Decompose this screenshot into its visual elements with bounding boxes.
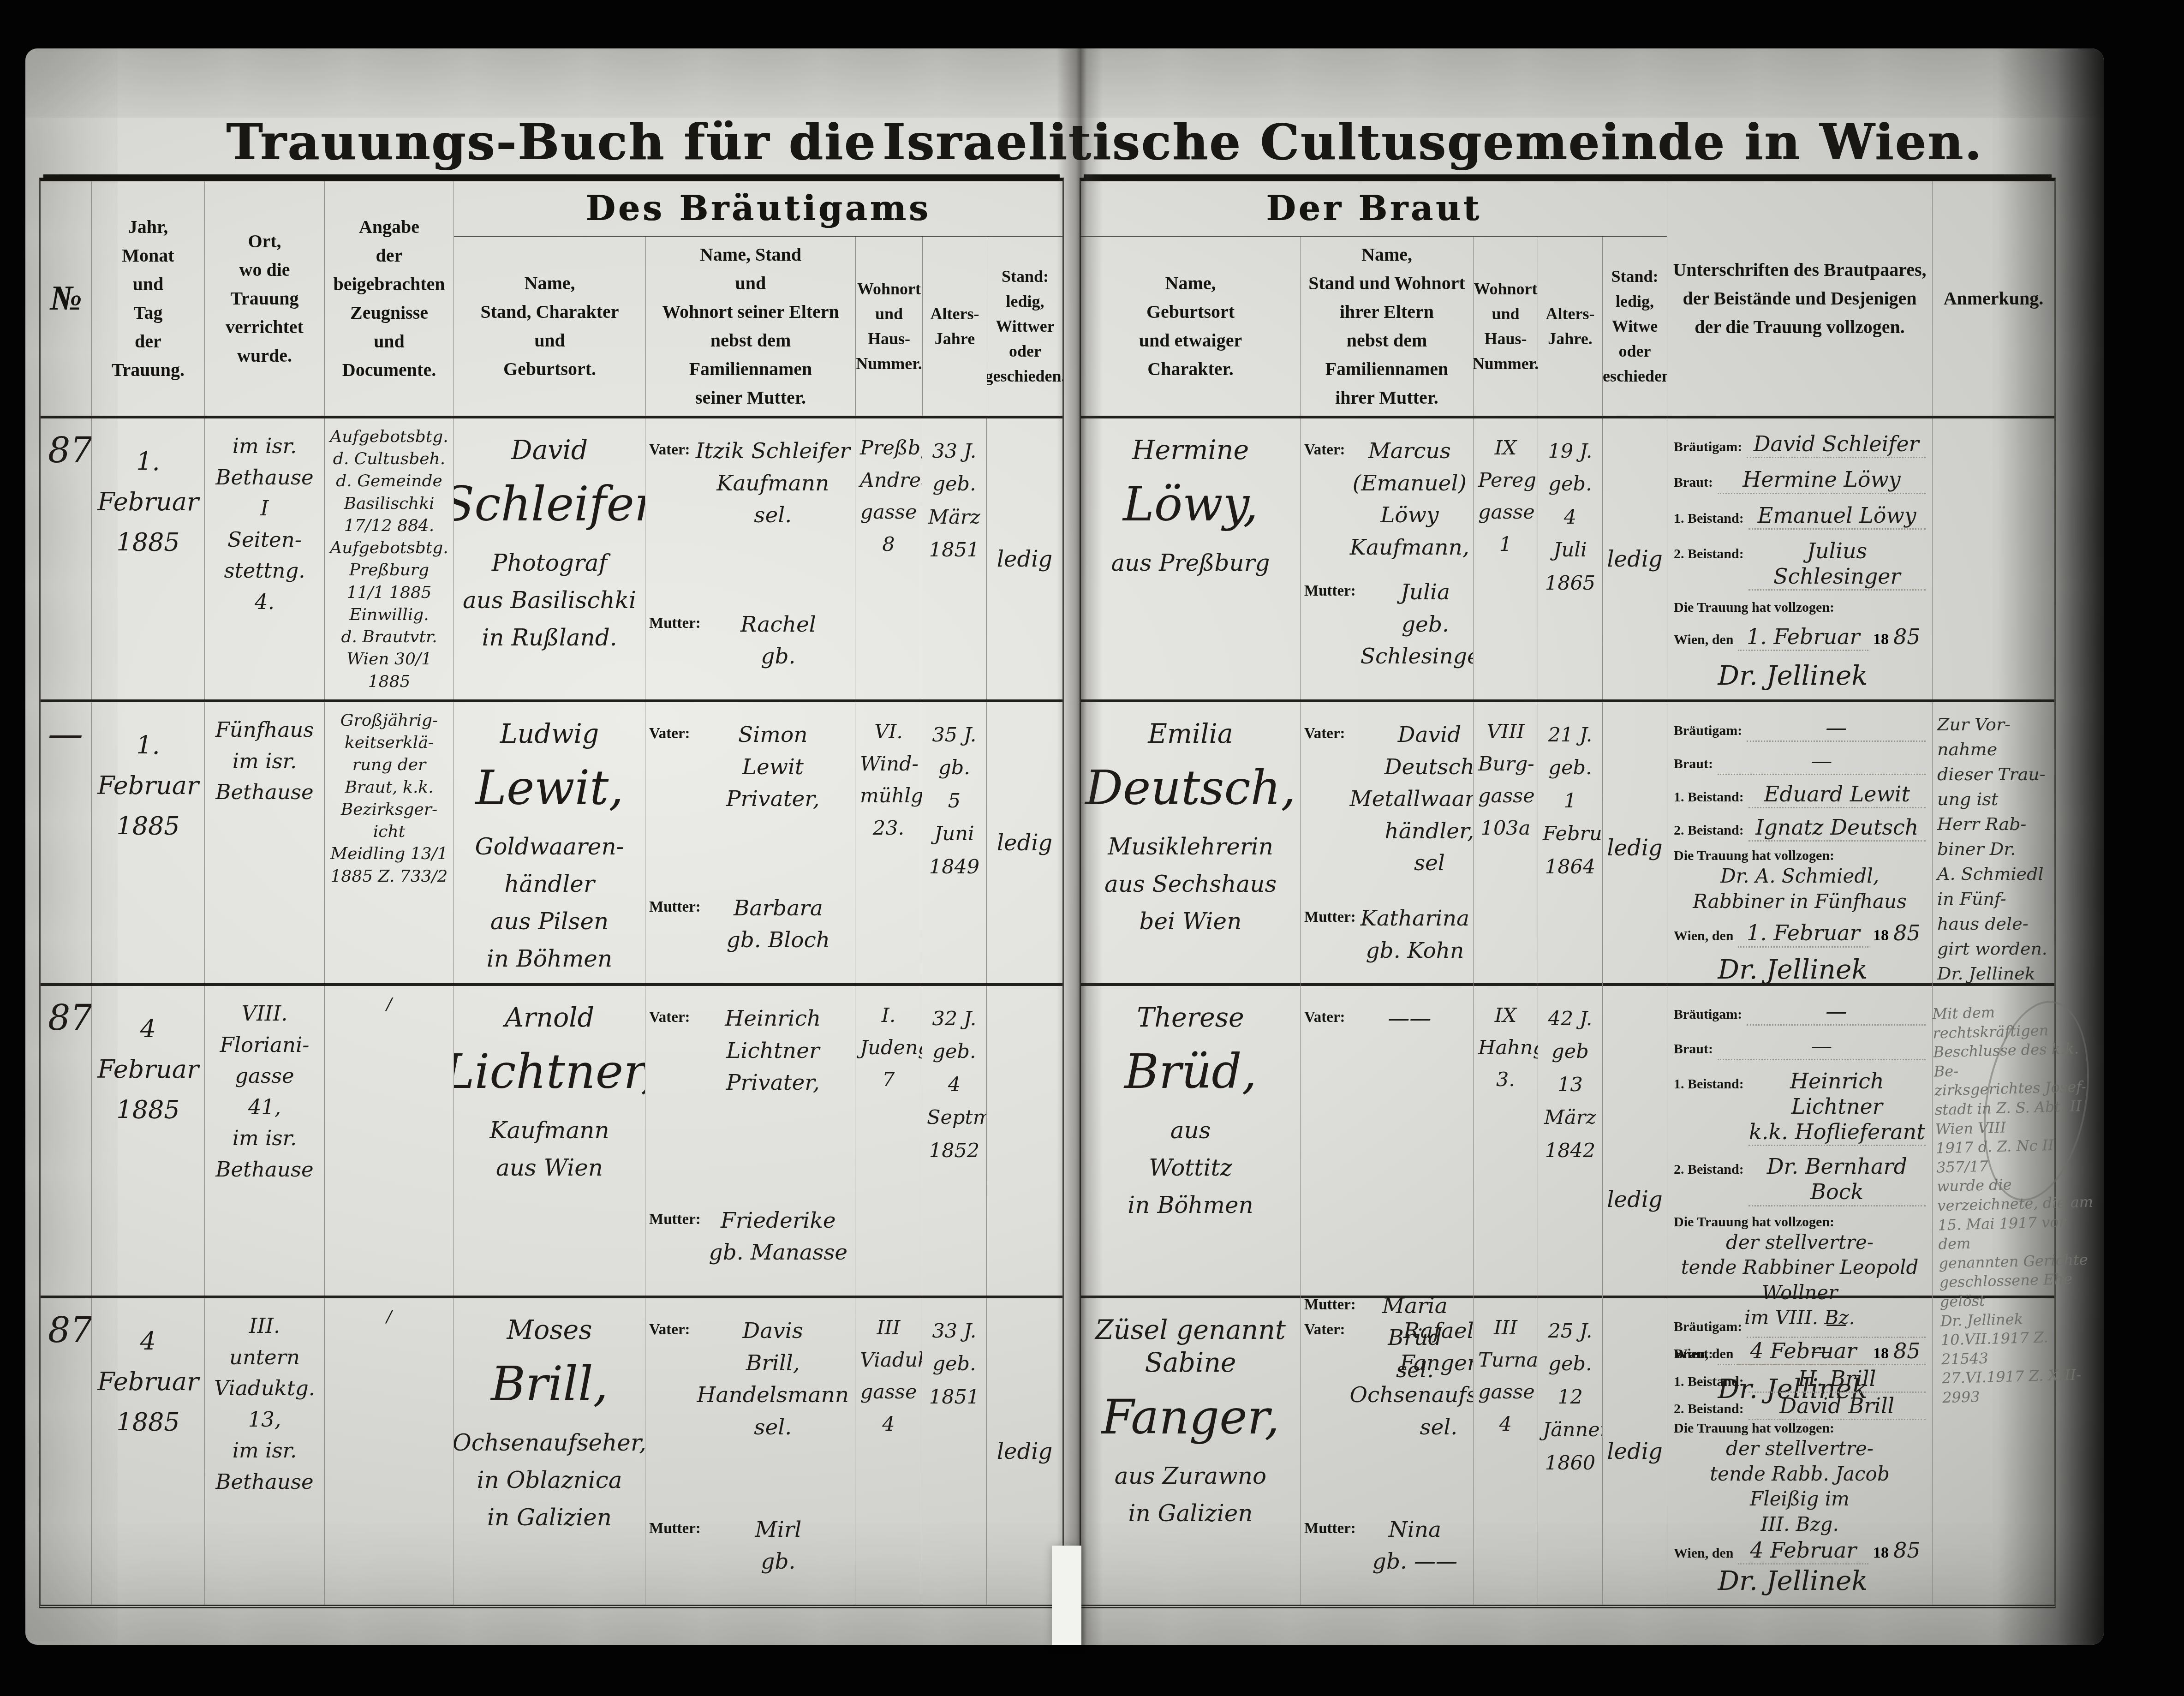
remark-cell: Zur Vor- nahme dieser Trau- ung ist Herr… bbox=[1932, 702, 2054, 993]
entry-number-cell: — bbox=[41, 702, 91, 983]
bride-first-name: Therese bbox=[1137, 993, 1244, 1034]
witness2-signature: Julius Schlesinger bbox=[1748, 538, 1926, 591]
signature-year: 85 bbox=[1893, 1538, 1926, 1563]
groom-father: Simon Lewit Privater, bbox=[695, 719, 851, 815]
groom-status-cell: ledig bbox=[986, 418, 1062, 699]
bride-residence-cell: IX Peregrin- gasse 1 bbox=[1473, 418, 1538, 699]
marriage-place: Fünfhaus im isr. Bethause bbox=[209, 710, 320, 808]
marriage-place: III. untern Viaduktg. 13, im isr. Bethau… bbox=[209, 1306, 320, 1497]
groom-residence: I. Judeng. 7 bbox=[860, 993, 917, 1096]
groom-name-cell: Moses Brill, Ochsenaufseher, in Oblaznic… bbox=[454, 1298, 645, 1605]
witness2-line: 2. Beistand: Ignatz Deutsch bbox=[1674, 815, 1926, 842]
rabbi-signature-line: Dr. Jellinek bbox=[1674, 954, 1926, 985]
bride-mother: Julia geb. Schlesinger bbox=[1361, 576, 1473, 673]
bride-rows: Hermine Löwy, aus Preßburg Vater: Marcus… bbox=[1081, 416, 2054, 1605]
column-header-groom-name: Name, Stand, Charakter und Geburtsort. bbox=[454, 237, 645, 416]
marriage-date-cell: 4 Februar 1885 bbox=[91, 986, 204, 1296]
groom-age-cell: 33 J. geb. März 1851 bbox=[922, 418, 986, 699]
father-label: Vater: bbox=[649, 435, 690, 459]
column-header-remark: Anmerkung. bbox=[1932, 181, 2054, 416]
bride-status: ledig bbox=[1607, 546, 1663, 572]
groom-father: Davis Brill, Handelsmann sel. bbox=[695, 1315, 851, 1443]
groom-age: 35 J. gb. 5 Juni 1849 bbox=[927, 710, 982, 884]
marriage-place-cell: VIII. Floriani- gasse 41, im isr. Bethau… bbox=[204, 986, 324, 1296]
bride-status: ledig bbox=[1607, 1439, 1663, 1464]
bride-parents-cell: Vater: David Deutsch Metallwaaren- händl… bbox=[1300, 702, 1473, 993]
groom-residence: Preßbg. Andrea- gasse 8 bbox=[860, 426, 917, 561]
bride-table: Der Braut Name, Geburtsort und etwaiger … bbox=[1080, 178, 2056, 1608]
groom-mother-block: Mutter: Rachel gb. bbox=[649, 609, 851, 673]
groom-residence: VI. Wind- mühlg. 23. bbox=[860, 710, 917, 845]
entry-number: 877 bbox=[45, 993, 87, 1038]
officiant-label: Die Trauung hat vollzogen: bbox=[1674, 848, 1834, 863]
marriage-place-cell: III. untern Viaduktg. 13, im isr. Bethau… bbox=[204, 1298, 324, 1605]
groom-mother-block: Mutter: Barbara gb. Bloch bbox=[649, 892, 851, 956]
mother-label: Mutter: bbox=[1304, 1514, 1356, 1537]
page-title-left: Trauungs-Buch für die bbox=[226, 113, 877, 171]
bride-signature-label: Braut: bbox=[1674, 756, 1713, 772]
bride-mother-block: Mutter: Julia geb. Schlesinger bbox=[1304, 576, 1469, 673]
table-header-right: Der Braut Name, Geburtsort und etwaiger … bbox=[1081, 181, 2054, 416]
table-row: Therese Brüd, aus Wottitz in Böhmen Vate… bbox=[1081, 983, 2054, 1296]
groom-parents-cell: Vater: Simon Lewit Privater, Mutter: Bar… bbox=[645, 702, 855, 983]
bride-last-name: Brüd, bbox=[1124, 1046, 1257, 1098]
groom-father: Itzik Schleifer Kaufmann sel. bbox=[695, 435, 851, 531]
column-header-groom-age: Alters- Jahre bbox=[922, 237, 987, 416]
documents-cell: / bbox=[324, 1298, 454, 1605]
groom-father-block: Vater: Itzik Schleifer Kaufmann sel. bbox=[649, 435, 851, 531]
book-photo: Trauungs-Buch für die Israelitische Cult… bbox=[0, 0, 2184, 1696]
bride-residence-cell: III Turna- gasse 4 bbox=[1473, 1298, 1538, 1605]
mother-label: Mutter: bbox=[1304, 902, 1356, 926]
bride-signature-label: Braut: bbox=[1674, 1346, 1713, 1362]
officiant-block: Die Trauung hat vollzogen: der stellvert… bbox=[1674, 1421, 1926, 1537]
witness2-label: 2. Beistand: bbox=[1674, 1162, 1744, 1177]
groom-first-name: David bbox=[511, 426, 588, 467]
bride-name-cell: Züsel genannt Sabine Fanger, aus Zurawno… bbox=[1081, 1298, 1300, 1605]
remark-note: Zur Vor- nahme dieser Trau- ung ist Herr… bbox=[1937, 710, 2050, 986]
mother-label: Mutter: bbox=[649, 609, 701, 632]
groom-signature: — bbox=[1747, 999, 1926, 1026]
groom-parents-cell: Vater: Davis Brill, Handelsmann sel. Mut… bbox=[645, 1298, 855, 1605]
father-label: Vater: bbox=[649, 1003, 690, 1026]
marriage-date: 1. Februar 1885 bbox=[96, 710, 200, 846]
groom-signature: David Schleifer bbox=[1747, 431, 1926, 458]
bride-age: 42 J. geb 13 März 1842 bbox=[1543, 993, 1598, 1167]
bride-description: Musiklehrerin aus Sechshaus bei Wien bbox=[1104, 828, 1277, 940]
bride-status: ledig bbox=[1607, 1187, 1663, 1212]
bride-residence: IX Peregrin- gasse 1 bbox=[1478, 426, 1533, 561]
marriage-place: im isr. Bethause I Seiten- stettng. 4. bbox=[209, 426, 320, 617]
groom-father-block: Vater: Davis Brill, Handelsmann sel. bbox=[649, 1315, 851, 1443]
marriage-date: 4 Februar 1885 bbox=[96, 993, 200, 1130]
column-header-groom-status: Stand: ledig, Wittwer oder geschieden. bbox=[987, 237, 1063, 416]
table-row: Hermine Löwy, aus Preßburg Vater: Marcus… bbox=[1081, 416, 2054, 699]
bride-last-name: Deutsch, bbox=[1085, 763, 1295, 814]
groom-name-cell: Ludwig Lewit, Goldwaaren- händler aus Pi… bbox=[454, 702, 645, 983]
bride-age-cell: 25 J. geb. 12 Jänner 1860 bbox=[1538, 1298, 1602, 1605]
marriage-place-cell: im isr. Bethause I Seiten- stettng. 4. bbox=[204, 418, 324, 699]
table-row: Emilia Deutsch, Musiklehrerin aus Sechsh… bbox=[1081, 699, 2054, 983]
entry-number-cell: 877 bbox=[41, 986, 91, 1296]
witness1-line: 1. Beistand: Emanuel Löwy bbox=[1674, 503, 1926, 530]
groom-age-cell: 32 J. geb. 4 Septmb. 1852 bbox=[922, 986, 986, 1296]
column-header-signatures: Unterschriften des Brautpaares, der Beis… bbox=[1667, 181, 1932, 416]
year-prefix: 18 bbox=[1873, 631, 1889, 648]
remark-note bbox=[1937, 426, 2050, 435]
bride-status-cell: ledig bbox=[1602, 1298, 1667, 1605]
bride-signature: — bbox=[1718, 1338, 1926, 1365]
table-row: 878 4 Februar 1885 III. untern Viaduktg.… bbox=[41, 1296, 1062, 1605]
bride-signature-line: Braut: Hermine Löwy bbox=[1674, 467, 1926, 494]
groom-status-cell bbox=[986, 986, 1062, 1296]
witness1-signature: H. Brill bbox=[1748, 1366, 1926, 1393]
column-header-bride-residence: Wohnort und Haus- Nummer. bbox=[1473, 237, 1538, 416]
bride-father: David Deutsch Metallwaaren- händler, sel bbox=[1350, 719, 1473, 879]
entry-number: 876 bbox=[45, 426, 87, 471]
witness1-line: 1. Beistand: H. Brill bbox=[1674, 1366, 1926, 1393]
column-header-documents: Angabe der beigebrachten Zeugnisse und D… bbox=[324, 181, 454, 416]
wien-den-label: Wien, den bbox=[1674, 632, 1733, 648]
father-label: Vater: bbox=[1304, 1003, 1345, 1026]
year-prefix: 18 bbox=[1873, 1544, 1889, 1562]
witness2-line: 2. Beistand: Julius Schlesinger bbox=[1674, 538, 1926, 591]
groom-signature-line: Bräutigam: David Schleifer bbox=[1674, 431, 1926, 458]
witness2-signature: Ignatz Deutsch bbox=[1748, 815, 1926, 842]
groom-father-block: Vater: Heinrich Lichtner Privater, bbox=[649, 1003, 851, 1099]
table-row: — 1. Februar 1885 Fünfhaus im isr. Betha… bbox=[41, 699, 1062, 983]
groom-last-name: Lichtner, bbox=[454, 1046, 645, 1098]
father-label: Vater: bbox=[649, 719, 690, 742]
father-label: Vater: bbox=[1304, 1315, 1345, 1338]
mother-label: Mutter: bbox=[649, 1205, 701, 1228]
rabbi-signature: Dr. Jellinek bbox=[1718, 1565, 1868, 1596]
father-label: Vater: bbox=[1304, 435, 1345, 459]
bride-father-block: Vater: —— bbox=[1304, 1003, 1469, 1035]
witness1-label: 1. Beistand: bbox=[1674, 1076, 1744, 1092]
groom-signature-line: Bräutigam: — bbox=[1674, 999, 1926, 1026]
bride-last-name: Fanger, bbox=[1102, 1392, 1280, 1444]
bride-mother: Katharina gb. Kohn bbox=[1361, 902, 1469, 967]
year-prefix: 18 bbox=[1873, 927, 1889, 944]
groom-signature-line: Bräutigam: — bbox=[1674, 715, 1926, 742]
bride-signature-line: Braut: — bbox=[1674, 1338, 1926, 1365]
witness2-label: 2. Beistand: bbox=[1674, 823, 1744, 838]
witness1-signature: Heinrich Lichtner k.k. Hoflieferant bbox=[1748, 1069, 1926, 1147]
bride-status: ledig bbox=[1607, 835, 1663, 861]
officiant-block: Die Trauung hat vollzogen: Dr. A. Schmie… bbox=[1674, 848, 1926, 914]
bride-father-block: Vater: Rafael Fanger Ochsenaufseher sel. bbox=[1304, 1315, 1469, 1443]
bride-parents-cell: Vater: Rafael Fanger Ochsenaufseher sel.… bbox=[1300, 1298, 1473, 1605]
signatures-cell: Bräutigam: David Schleifer Braut: Hermin… bbox=[1667, 418, 1932, 699]
groom-signature-label: Bräutigam: bbox=[1674, 723, 1742, 739]
bride-signature-line: Braut: — bbox=[1674, 1033, 1926, 1060]
marriage-date-cell: 1. Februar 1885 bbox=[91, 702, 204, 983]
groom-residence-cell: Preßbg. Andrea- gasse 8 bbox=[855, 418, 922, 699]
documents-cell: / bbox=[324, 986, 454, 1296]
witness2-signature: Dr. Bernhard Bock bbox=[1748, 1154, 1926, 1206]
father-label: Vater: bbox=[649, 1315, 690, 1338]
bride-age-cell: 21 J. geb. 1 Februar 1864 bbox=[1538, 702, 1602, 993]
signature-date: 1. Februar bbox=[1738, 624, 1868, 651]
groom-signature-label: Bräutigam: bbox=[1674, 1319, 1742, 1335]
column-header-groom-parents: Name, Stand und Wohnort seiner Eltern ne… bbox=[645, 237, 855, 416]
officiant-signature: Dr. A. Schmiedl, Rabbiner in Fünfhaus bbox=[1674, 864, 1926, 914]
wien-den-label: Wien, den bbox=[1674, 928, 1733, 944]
groom-age-cell: 35 J. gb. 5 Juni 1849 bbox=[922, 702, 986, 983]
entry-number: 878 bbox=[45, 1306, 87, 1350]
bride-signature: — bbox=[1718, 1033, 1926, 1060]
table-row: 876 1. Februar 1885 im isr. Bethause I S… bbox=[41, 416, 1062, 699]
groom-mother-block: Mutter: Friederike gb. Manasse bbox=[649, 1205, 851, 1269]
signature-year: 85 bbox=[1893, 920, 1926, 946]
groom-column-group: Des Bräutigams Name, Stand, Charakter un… bbox=[454, 181, 1062, 416]
date-line: Wien, den 4 Februar 1885 bbox=[1674, 1538, 1926, 1565]
bride-age: 25 J. geb. 12 Jänner 1860 bbox=[1543, 1306, 1598, 1480]
groom-residence-cell: III Viadukt- gasse 4 bbox=[855, 1298, 922, 1605]
groom-parents-cell: Vater: Itzik Schleifer Kaufmann sel. Mut… bbox=[645, 418, 855, 699]
column-header-groom-residence: Wohnort und Haus- Nummer. bbox=[855, 237, 922, 416]
groom-description: Photograf aus Basilischki in Rußland. bbox=[463, 544, 636, 657]
bride-description: aus Preßburg bbox=[1111, 544, 1270, 582]
column-header-bride-age: Alters- Jahre. bbox=[1538, 237, 1602, 416]
entry-number: — bbox=[45, 710, 87, 754]
remark-cell bbox=[1932, 418, 2054, 699]
witness2-line: 2. Beistand: Dr. Bernhard Bock bbox=[1674, 1154, 1926, 1206]
register-spread: Trauungs-Buch für die Israelitische Cult… bbox=[25, 48, 2104, 1645]
remark-note bbox=[1937, 1306, 2050, 1315]
witness2-signature: David Brill bbox=[1748, 1393, 1926, 1420]
groom-status-cell: ledig bbox=[986, 702, 1062, 983]
groom-age: 33 J. geb. 1851 bbox=[927, 1306, 982, 1414]
officiant-label: Die Trauung hat vollzogen: bbox=[1674, 1421, 1834, 1436]
bride-description: aus Zurawno in Galizien bbox=[1115, 1457, 1266, 1532]
groom-mother: Friederike gb. Manasse bbox=[705, 1205, 851, 1269]
groom-status: ledig bbox=[997, 830, 1053, 856]
marriage-place: VIII. Floriani- gasse 41, im isr. Bethau… bbox=[209, 993, 320, 1185]
groom-table: № Jahr, Monat und Tag der Trauung. Ort, … bbox=[39, 178, 1064, 1608]
bride-name-cell: Emilia Deutsch, Musiklehrerin aus Sechsh… bbox=[1081, 702, 1300, 993]
bride-first-name: Emilia bbox=[1148, 710, 1233, 751]
groom-signature-label: Bräutigam: bbox=[1674, 1007, 1742, 1022]
documents-note: Aufgebotsbtg. d. Cultusbeh. d. Gemeinde … bbox=[329, 426, 449, 693]
documents-note: / bbox=[329, 993, 449, 1015]
bride-residence: IX Hahng. 3. bbox=[1478, 993, 1533, 1096]
father-label: Vater: bbox=[1304, 719, 1345, 742]
mother-label: Mutter: bbox=[1304, 576, 1356, 600]
bride-status-cell: ledig bbox=[1602, 702, 1667, 993]
groom-residence: III Viadukt- gasse 4 bbox=[860, 1306, 917, 1441]
bride-residence: VIII Burg- gasse 103a bbox=[1478, 710, 1533, 845]
groom-age-cell: 33 J. geb. 1851 bbox=[922, 1298, 986, 1605]
groom-description: Ochsenaufseher, in Oblaznica in Galizien bbox=[454, 1424, 645, 1536]
groom-residence-cell: VI. Wind- mühlg. 23. bbox=[855, 702, 922, 983]
table-row: 877 4 Februar 1885 VIII. Floriani- gasse… bbox=[41, 983, 1062, 1296]
groom-status: ledig bbox=[997, 546, 1053, 572]
groom-first-name: Arnold bbox=[505, 993, 594, 1034]
groom-first-name: Moses bbox=[507, 1306, 592, 1347]
bride-father: Rafael Fanger Ochsenaufseher sel. bbox=[1350, 1315, 1473, 1443]
bride-father: —— bbox=[1350, 1003, 1469, 1035]
page-title-right: Israelitische Cultusgemeinde in Wien. bbox=[882, 113, 1982, 171]
officiant-block: Die Trauung hat vollzogen: bbox=[1674, 600, 1926, 615]
groom-name-cell: David Schleifer Photograf aus Basilischk… bbox=[454, 418, 645, 699]
groom-status-cell: ledig bbox=[986, 1298, 1062, 1605]
bride-column-group: Der Braut Name, Geburtsort und etwaiger … bbox=[1081, 181, 1667, 416]
witness1-label: 1. Beistand: bbox=[1674, 789, 1744, 805]
signature-year: 85 bbox=[1893, 624, 1926, 650]
bride-father: Marcus (Emanuel) Löwy Kaufmann, bbox=[1350, 435, 1469, 563]
signatures-cell: Bräutigam: — Braut: — 1. Beistand: Eduar… bbox=[1667, 702, 1932, 993]
groom-age: 33 J. geb. März 1851 bbox=[927, 426, 982, 567]
page-edge-strip bbox=[1052, 1546, 1081, 1645]
book-fold bbox=[1056, 48, 1103, 1645]
bride-name-cell: Hermine Löwy, aus Preßburg bbox=[1081, 418, 1300, 699]
bride-father-block: Vater: Marcus (Emanuel) Löwy Kaufmann, bbox=[1304, 435, 1469, 563]
groom-father: Heinrich Lichtner Privater, bbox=[695, 1003, 851, 1099]
marriage-place-cell: Fünfhaus im isr. Bethause bbox=[204, 702, 324, 983]
column-header-date: Jahr, Monat und Tag der Trauung. bbox=[91, 181, 204, 416]
documents-cell: Aufgebotsbtg. d. Cultusbeh. d. Gemeinde … bbox=[324, 418, 454, 699]
marriage-date-cell: 1. Februar 1885 bbox=[91, 418, 204, 699]
column-header-bride-parents: Name, Stand und Wohnort ihrer Eltern neb… bbox=[1300, 237, 1473, 416]
bride-signature-label: Braut: bbox=[1674, 475, 1713, 490]
groom-age: 32 J. geb. 4 Septmb. 1852 bbox=[927, 993, 982, 1167]
mother-label: Mutter: bbox=[649, 1514, 701, 1537]
bride-subheaders: Name, Geburtsort und etwaiger Charakter.… bbox=[1081, 237, 1667, 416]
bride-signature: — bbox=[1718, 748, 1926, 775]
officiant-signature: der stellvertre- tende Rabb. Jacob Fleiß… bbox=[1674, 1436, 1926, 1537]
entry-number-cell: 878 bbox=[41, 1298, 91, 1605]
table-row: Züsel genannt Sabine Fanger, aus Zurawno… bbox=[1081, 1296, 2054, 1605]
groom-name-cell: Arnold Lichtner, Kaufmann aus Wien bbox=[454, 986, 645, 1296]
groom-first-name: Ludwig bbox=[500, 710, 599, 751]
groom-last-name: Schleifer bbox=[454, 479, 645, 531]
groom-description: Kaufmann aus Wien bbox=[489, 1112, 609, 1187]
signature-date: 4 Februar bbox=[1738, 1538, 1868, 1565]
documents-cell: Großjährig- keitserklä- rung der Braut, … bbox=[324, 702, 454, 983]
groom-rows: 876 1. Februar 1885 im isr. Bethause I S… bbox=[41, 416, 1062, 1605]
groom-signature-line: Bräutigam: — bbox=[1674, 1311, 1926, 1338]
date-line: Wien, den 1. Februar 1885 bbox=[1674, 920, 1926, 947]
table-header-left: № Jahr, Monat und Tag der Trauung. Ort, … bbox=[41, 181, 1062, 416]
remark-cell bbox=[1932, 1298, 2054, 1605]
officiant-label: Die Trauung hat vollzogen: bbox=[1674, 1214, 1834, 1230]
signatures-cell: Bräutigam: — Braut: — 1. Beistand: H. Br… bbox=[1667, 1298, 1932, 1605]
bride-age: 21 J. geb. 1 Februar 1864 bbox=[1543, 710, 1598, 884]
bride-signature: Hermine Löwy bbox=[1718, 467, 1926, 494]
documents-note: / bbox=[329, 1306, 449, 1328]
bride-father-block: Vater: David Deutsch Metallwaaren- händl… bbox=[1304, 719, 1469, 879]
bride-mother-block: Mutter: Katharina gb. Kohn bbox=[1304, 902, 1469, 967]
bride-description: aus Wottitz in Böhmen bbox=[1128, 1112, 1253, 1224]
groom-mother: Mirl gb. bbox=[705, 1514, 851, 1578]
groom-residence-cell: I. Judeng. 7 bbox=[855, 986, 922, 1296]
wien-den-label: Wien, den bbox=[1674, 1546, 1733, 1561]
mother-label: Mutter: bbox=[649, 892, 701, 916]
bride-group-title: Der Braut bbox=[1081, 181, 1667, 237]
rabbi-signature-line: Dr. Jellinek bbox=[1674, 1565, 1926, 1596]
marriage-date: 4 Februar 1885 bbox=[96, 1306, 200, 1442]
witness1-label: 1. Beistand: bbox=[1674, 1374, 1744, 1390]
witness1-signature: Eduard Lewit bbox=[1748, 782, 1926, 808]
witness2-line: 2. Beistand: David Brill bbox=[1674, 1393, 1926, 1420]
column-header-bride-status: Stand: ledig, Witwe oder geschieden. bbox=[1602, 237, 1667, 416]
bride-signature-label: Braut: bbox=[1674, 1041, 1713, 1057]
groom-signature-label: Bräutigam: bbox=[1674, 439, 1742, 455]
bride-parents-cell: Vater: Marcus (Emanuel) Löwy Kaufmann, M… bbox=[1300, 418, 1473, 699]
bride-last-name: Löwy, bbox=[1123, 479, 1258, 531]
witness1-label: 1. Beistand: bbox=[1674, 511, 1744, 526]
documents-note: Großjährig- keitserklä- rung der Braut, … bbox=[329, 710, 449, 888]
groom-description: Goldwaaren- händler aus Pilsen in Böhmen bbox=[475, 828, 624, 978]
groom-subheaders: Name, Stand, Charakter und Geburtsort. N… bbox=[454, 237, 1062, 416]
marriage-date: 1. Februar 1885 bbox=[96, 426, 200, 562]
groom-signature: — bbox=[1747, 715, 1926, 742]
witness1-line: 1. Beistand: Eduard Lewit bbox=[1674, 782, 1926, 808]
groom-last-name: Brill, bbox=[491, 1359, 608, 1410]
date-line: Wien, den 1. Februar 1885 bbox=[1674, 624, 1926, 651]
bride-signature-line: Braut: — bbox=[1674, 748, 1926, 775]
rabbi-signature-line: Dr. Jellinek bbox=[1674, 660, 1926, 691]
groom-mother: Barbara gb. Bloch bbox=[705, 892, 851, 956]
rabbi-signature: Dr. Jellinek bbox=[1718, 660, 1868, 691]
bride-first-name: Hermine bbox=[1132, 426, 1249, 467]
witness2-label: 2. Beistand: bbox=[1674, 1401, 1744, 1417]
groom-last-name: Lewit, bbox=[475, 763, 623, 814]
entry-number-cell: 876 bbox=[41, 418, 91, 699]
rabbi-signature: Dr. Jellinek bbox=[1718, 954, 1868, 985]
witness2-label: 2. Beistand: bbox=[1674, 546, 1744, 562]
column-header-place: Ort, wo die Trauung verrichtet wurde. bbox=[204, 181, 324, 416]
groom-mother-block: Mutter: Mirl gb. bbox=[649, 1514, 851, 1578]
groom-father-block: Vater: Simon Lewit Privater, bbox=[649, 719, 851, 815]
groom-status: ledig bbox=[997, 1439, 1053, 1464]
signature-date: 1. Februar bbox=[1738, 920, 1868, 947]
groom-mother: Rachel gb. bbox=[705, 609, 851, 673]
marriage-date-cell: 4 Februar 1885 bbox=[91, 1298, 204, 1605]
witness1-line: 1. Beistand: Heinrich Lichtner k.k. Hofl… bbox=[1674, 1069, 1926, 1147]
bride-mother-block: Mutter: Nina gb. —— bbox=[1304, 1514, 1469, 1578]
bride-residence: III Turna- gasse 4 bbox=[1478, 1306, 1533, 1441]
column-header-no: № bbox=[41, 181, 91, 416]
bride-status-cell: ledig bbox=[1602, 418, 1667, 699]
officiant-label: Die Trauung hat vollzogen: bbox=[1674, 600, 1834, 615]
bride-mother: Nina gb. —— bbox=[1361, 1514, 1469, 1578]
groom-signature: — bbox=[1747, 1311, 1926, 1338]
bride-residence-cell: VIII Burg- gasse 103a bbox=[1473, 702, 1538, 993]
witness1-signature: Emanuel Löwy bbox=[1748, 503, 1926, 530]
bride-age: 19 J. geb. 4 Juli 1865 bbox=[1543, 426, 1598, 600]
bride-first-name: Züsel genannt Sabine bbox=[1095, 1306, 1286, 1380]
bride-age-cell: 19 J. geb. 4 Juli 1865 bbox=[1538, 418, 1602, 699]
column-header-bride-name: Name, Geburtsort und etwaiger Charakter. bbox=[1081, 237, 1300, 416]
groom-parents-cell: Vater: Heinrich Lichtner Privater, Mutte… bbox=[645, 986, 855, 1296]
groom-group-title: Des Bräutigams bbox=[454, 181, 1062, 237]
